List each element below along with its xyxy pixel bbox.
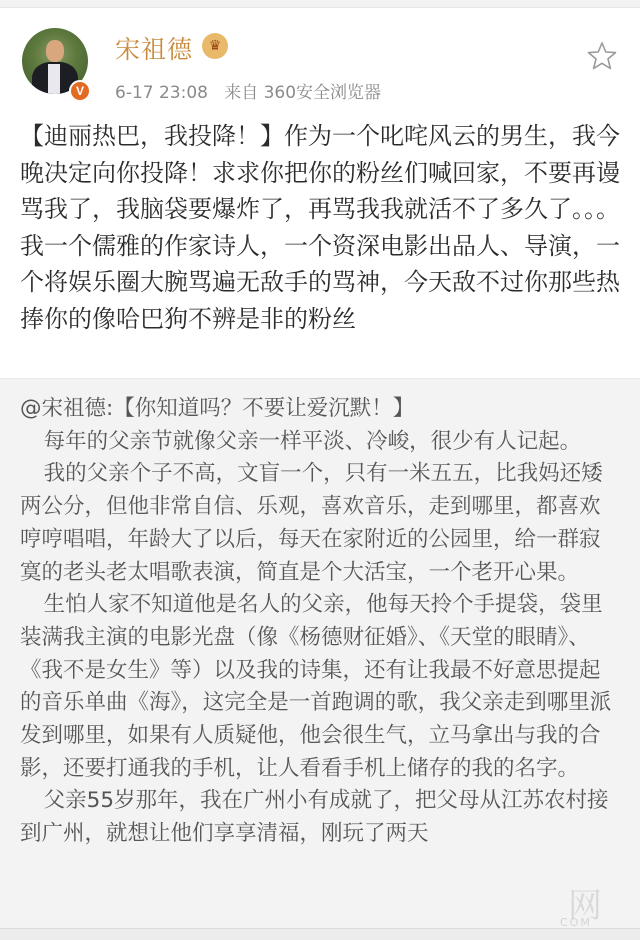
avatar-shirt <box>48 64 60 94</box>
bottom-bar <box>0 928 640 940</box>
post-body: 【迪丽热巴，我投降！】作为一个叱咤风云的男生，我今晚决定向你投降！求求你把你的粉… <box>20 118 625 337</box>
crown-icon: ♛ <box>202 33 228 59</box>
verified-badge-icon: V <box>69 80 91 102</box>
quoted-paragraph: 每年的父亲节就像父亲一样平淡、冷峻，很少有人记起。 <box>20 426 620 459</box>
quoted-post[interactable]: @宋祖德:【你知道吗？不要让爱沉默！】 每年的父亲节就像父亲一样平淡、冷峻，很少… <box>0 378 640 940</box>
quoted-paragraph: 我的父亲个子不高，文盲一个，只有一米五五，比我妈还矮两公分，但他非常自信、乐观，… <box>20 458 620 589</box>
quoted-paragraph: 父亲55岁那年，我在广州小有成就了，把父母从江苏农村接到广州，就想让他们享享清福… <box>20 785 620 850</box>
avatar-face <box>46 40 64 62</box>
quoted-post-header[interactable]: @宋祖德:【你知道吗？不要让爱沉默！】 <box>20 393 620 426</box>
author-name[interactable]: 宋祖德 <box>115 30 193 66</box>
star-outline-icon[interactable] <box>586 40 618 72</box>
top-bar <box>0 0 640 8</box>
quoted-paragraph: 生怕人家不知道他是名人的父亲，他每天拎个手提袋，袋里装满我主演的电影光盘（像《杨… <box>20 589 620 785</box>
post-meta: 6-17 23:08 来自 360安全浏览器 <box>115 78 381 103</box>
quoted-post-text: @宋祖德:【你知道吗？不要让爱沉默！】 每年的父亲节就像父亲一样平淡、冷峻，很少… <box>20 393 620 851</box>
